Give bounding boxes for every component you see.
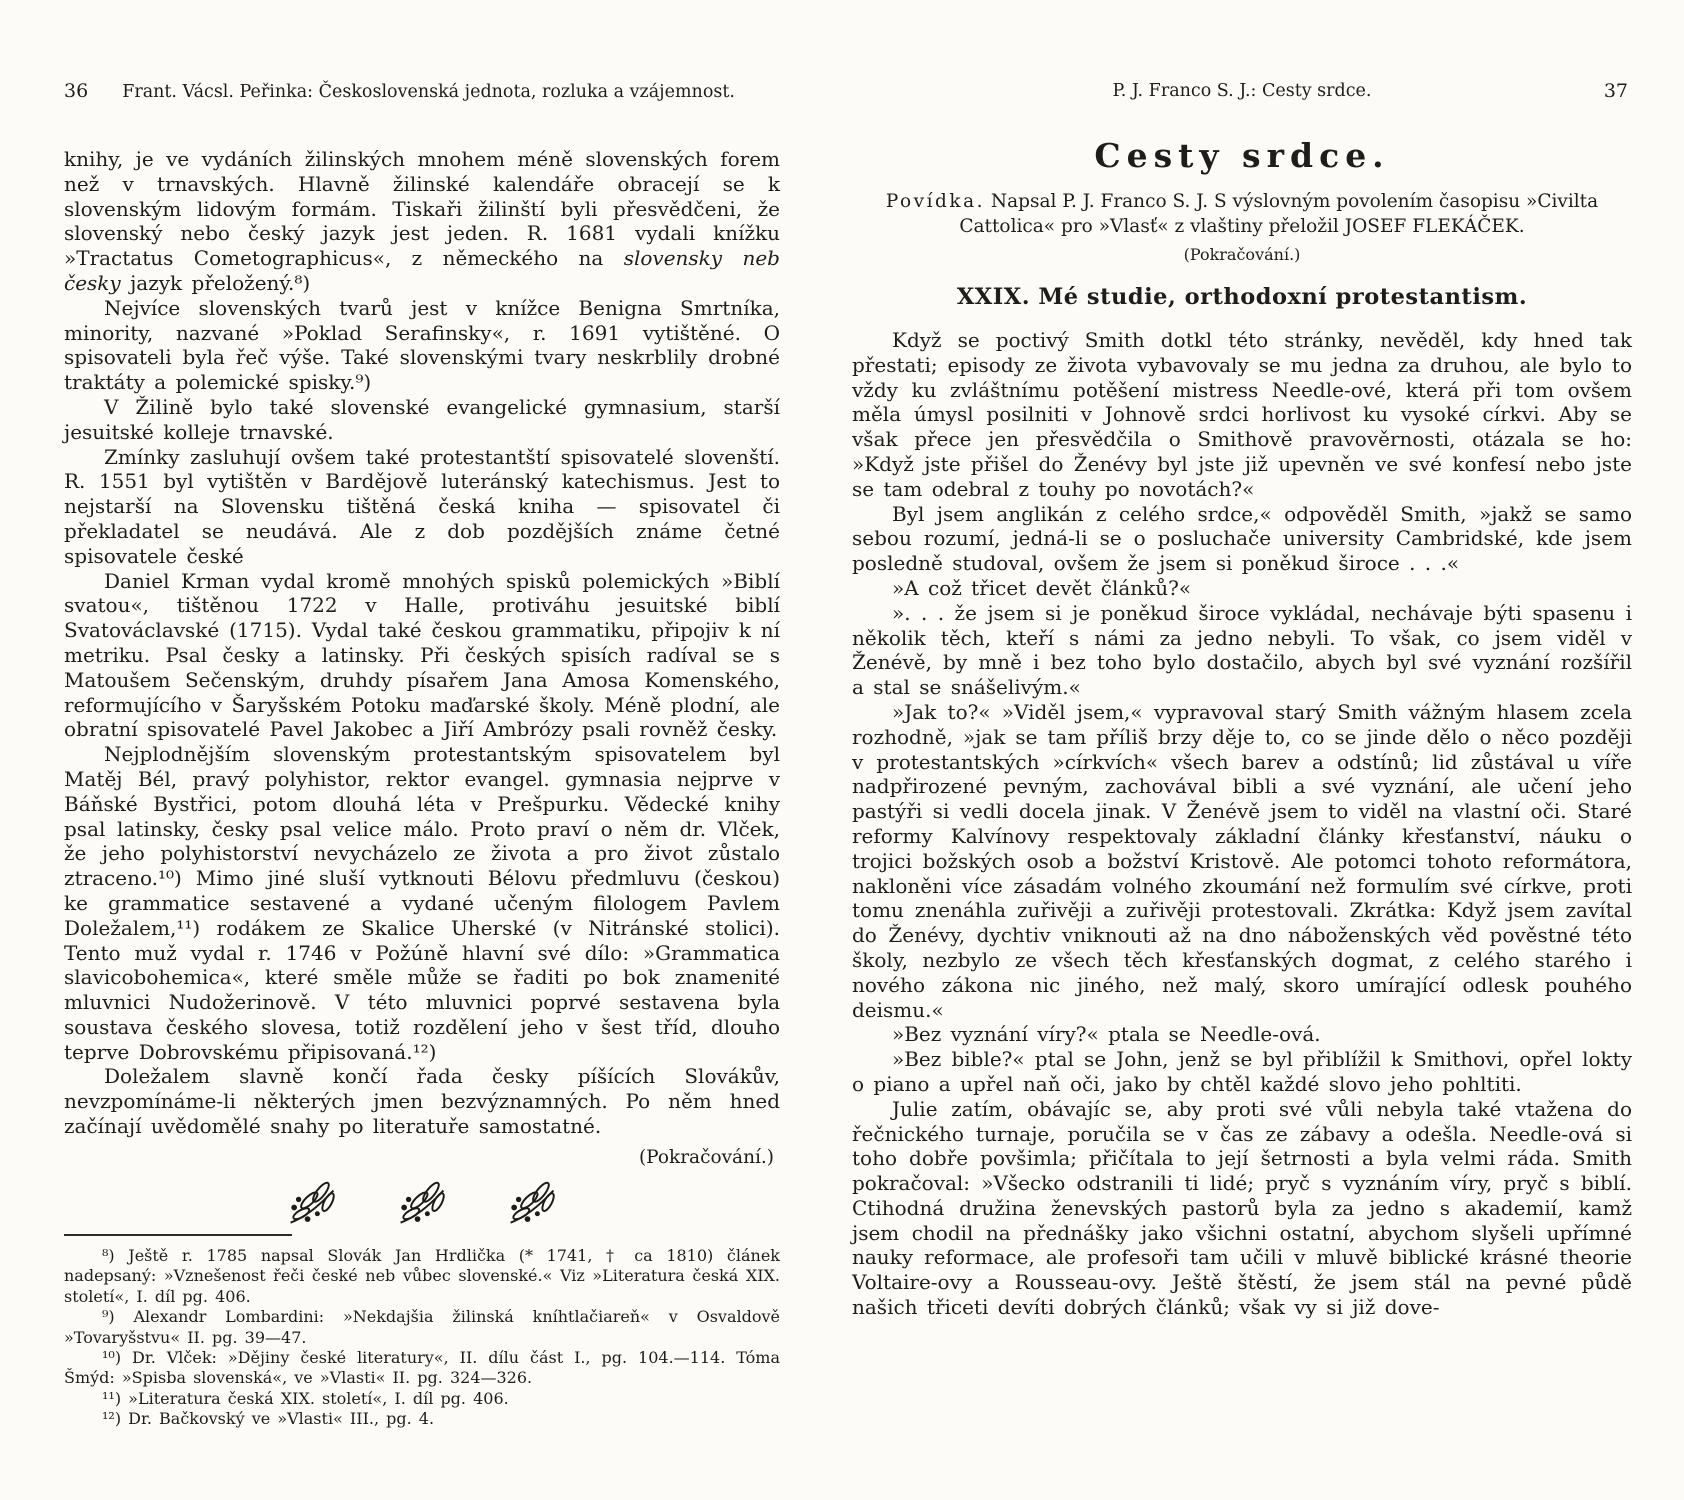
floral-ornament-icon bbox=[283, 1178, 341, 1228]
paragraph: knihy, je ve vydáních žilinských mnohem … bbox=[64, 147, 780, 296]
text-run: »Bez bible?« ptal se John, jenž se byl p… bbox=[852, 1047, 1632, 1096]
paragraph: »Bez bible?« ptal se John, jenž se byl p… bbox=[852, 1047, 1632, 1097]
left-running-title: Frant. Vácsl. Peřinka: Československá je… bbox=[122, 81, 735, 103]
paragraph: ». . . že jsem si je poněkud široce vykl… bbox=[852, 601, 1632, 700]
footnote: ¹¹) »Literatura česká XIX. století«, I. … bbox=[64, 1389, 780, 1409]
left-body-text: knihy, je ve vydáních žilinských mnohem … bbox=[64, 147, 780, 1139]
floral-ornament-icon bbox=[503, 1178, 561, 1228]
text-run: »Bez vyznání víry?« ptala se Needle-ová. bbox=[892, 1022, 1321, 1046]
footnote: ¹⁰) Dr. Vlček: »Dějiny české literatury«… bbox=[64, 1348, 780, 1389]
paragraph: Zmínky zasluhují ovšem také protestantšt… bbox=[64, 445, 780, 569]
footnote: ⁹) Alexandr Lombardini: »Nekdajšia žilin… bbox=[64, 1307, 780, 1348]
text-run: »A což třicet devět článků?« bbox=[892, 576, 1191, 600]
ornament-row bbox=[64, 1178, 780, 1228]
paragraph: »Bez vyznání víry?« ptala se Needle-ová. bbox=[852, 1022, 1632, 1047]
left-page: 36 Frant. Vácsl. Peřinka: Československá… bbox=[64, 80, 780, 1430]
right-running-head: P. J. Franco S. J.: Cesty srdce. 37 bbox=[852, 80, 1632, 102]
footnote-separator bbox=[64, 1234, 292, 1236]
paragraph: V Žilině bylo také slovenské evangelické… bbox=[64, 395, 780, 445]
article-title: Cesty srdce. bbox=[852, 136, 1632, 175]
book-spread: 36 Frant. Vácsl. Peřinka: Československá… bbox=[0, 0, 1684, 1500]
paragraph: Nejplodnějším slovenským protestantským … bbox=[64, 742, 780, 1064]
footnotes-block: ⁸) Ještě r. 1785 napsal Slovák Jan Hrdli… bbox=[64, 1246, 780, 1430]
left-running-head: 36 Frant. Vácsl. Peřinka: Československá… bbox=[64, 80, 780, 103]
paragraph: Doležalem slavně končí řada česky píšící… bbox=[64, 1064, 780, 1138]
text-run: »Jak to?« »Viděl jsem,« vypravoval starý… bbox=[852, 700, 1632, 1022]
paragraph: »A což třicet devět článků?« bbox=[852, 576, 1632, 601]
text-run: Nejplodnějším slovenským protestantským … bbox=[64, 742, 780, 1064]
text-run: Doležalem slavně končí řada česky píšící… bbox=[64, 1064, 780, 1138]
continuation-note: (Pokračování.) bbox=[852, 245, 1632, 264]
paragraph: Nejvíce slovenských tvarů jest v knížce … bbox=[64, 296, 780, 395]
right-body-text: Když se poctivý Smith dotkl této stránky… bbox=[852, 328, 1632, 1320]
text-run: Nejvíce slovenských tvarů jest v knížce … bbox=[64, 296, 780, 394]
floral-ornament-icon bbox=[393, 1178, 451, 1228]
paragraph: Julie zatím, obávajíc se, aby proti své … bbox=[852, 1097, 1632, 1320]
paragraph: Daniel Krman vydal kromě mnohých spisků … bbox=[64, 569, 780, 743]
right-page-number: 37 bbox=[1604, 80, 1628, 102]
subtitle-credit: Napsal P. J. Franco S. J. S výslovným po… bbox=[959, 191, 1598, 237]
article-subtitle: Povídka. Napsal P. J. Franco S. J. S výs… bbox=[866, 189, 1618, 239]
chapter-heading: XXIX. Mé studie, orthodoxní protestantis… bbox=[852, 284, 1632, 310]
text-run: Julie zatím, obávajíc se, aby proti své … bbox=[852, 1097, 1632, 1319]
footnote: ¹²) Dr. Bačkovský ve »Vlasti« III., pg. … bbox=[64, 1409, 780, 1429]
text-run: V Žilině bylo také slovenské evangelické… bbox=[64, 395, 780, 444]
left-page-number: 36 bbox=[64, 80, 88, 102]
footnote: ⁸) Ještě r. 1785 napsal Slovák Jan Hrdli… bbox=[64, 1246, 780, 1307]
text-run: Když se poctivý Smith dotkl této stránky… bbox=[852, 328, 1632, 501]
right-running-title: P. J. Franco S. J.: Cesty srdce. bbox=[1113, 81, 1372, 101]
continuation-note: (Pokračování.) bbox=[64, 1147, 780, 1168]
text-run: Daniel Krman vydal kromě mnohých spisků … bbox=[64, 569, 780, 742]
text-run: jazyk přeložený.⁸) bbox=[121, 271, 311, 295]
right-page: P. J. Franco S. J.: Cesty srdce. 37 Cest… bbox=[852, 80, 1632, 1320]
subtitle-genre: Povídka. bbox=[886, 191, 985, 212]
paragraph: Když se poctivý Smith dotkl této stránky… bbox=[852, 328, 1632, 502]
paragraph: Byl jsem anglikán z celého srdce,« odpov… bbox=[852, 502, 1632, 576]
text-run: ». . . že jsem si je poněkud široce vykl… bbox=[852, 601, 1632, 699]
text-run: Zmínky zasluhují ovšem také protestantšt… bbox=[64, 445, 780, 568]
paragraph: »Jak to?« »Viděl jsem,« vypravoval starý… bbox=[852, 700, 1632, 1022]
text-run: Byl jsem anglikán z celého srdce,« odpov… bbox=[852, 502, 1632, 576]
